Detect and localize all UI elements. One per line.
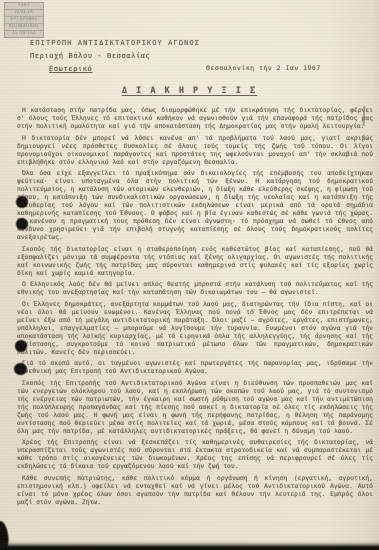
region-line: Περιοχή Βόλου - Θεσσαλίας xyxy=(30,52,150,60)
paragraph: Γιά τό σκοπό αυτό, οι ταγμένοι αγωνιστές… xyxy=(17,360,373,376)
marker-dot-icon xyxy=(16,196,28,208)
marker-dot-icon xyxy=(16,218,28,230)
paragraph: Ο Ελληνικός λαός δέν θά μείνει απλός θεα… xyxy=(17,281,373,297)
archive-stamp-line: ΣΥΓΧΡΟΝΗΣ xyxy=(5,17,43,24)
organization-name: ΕΠΙΤΡΟΠΗ ΑΝΤΙΔΙΚΤΑΤΟΡΙΚΟΥ ΑΓΩΝΟΣ xyxy=(30,39,200,47)
scan-bottom-edge xyxy=(0,541,379,550)
paragraph: Όλα όσα είχε εξαγγείλει τό πραξικόπημα σ… xyxy=(17,170,373,242)
paragraph: Οι Έλληνες δημοκράτες, ανεξάρτητα κομμάτ… xyxy=(17,301,373,357)
archive-stamp-line: ΙΣΤΟΡΙΑΣ xyxy=(5,31,43,37)
marker-dot-icon xyxy=(15,340,27,352)
paragraph: Η κατάσταση στήν πατρίδα μας, όπως διαμο… xyxy=(17,107,373,131)
archive-stamp-line: ΚΟΙΝΩΝΙΚΗΣ xyxy=(5,24,43,31)
date-line: Θεσσαλονίκη τήν 2 Ιαν 1967 xyxy=(206,64,321,72)
paragraph: Χρέος τής Επιτροπής είναι νά ξεσκεπάζει … xyxy=(17,439,373,471)
archive-stamp: ΑΣΚΙ ΑΡΧΕΙΑ ΣΥΓΧΡΟΝΗΣ ΚΟΙΝΩΝΙΚΗΣ ΙΣΤΟΡΙΑ… xyxy=(4,2,44,38)
archive-stamp-line: ΑΡΧΕΙΑ xyxy=(5,10,43,17)
paragraph: Σκοπός τής δικτατορίας είναι η σταθεροπο… xyxy=(17,246,373,278)
scanned-document-page: ΑΣΚΙ ΑΡΧΕΙΑ ΣΥΓΧΡΟΝΗΣ ΚΟΙΝΩΝΙΚΗΣ ΙΣΤΟΡΙΑ… xyxy=(0,0,379,550)
paragraph: Κάθε συνεπής πατριώτης, κάθε πολιτικό κό… xyxy=(17,475,373,507)
marker-dot-icon xyxy=(14,363,27,375)
channel-line: Εσωτερικό xyxy=(49,65,92,73)
document-title: Δ Ι Α Κ Η Ρ Υ Ξ Ι Σ xyxy=(0,86,379,96)
paragraph: Η δικτατορία δέν μπορεί νά λύσει κανένα … xyxy=(17,135,373,167)
paragraph: Σκοπός τής Επιτροπής τού Αντιδικτατορικο… xyxy=(17,380,373,436)
archive-stamp-line: ΑΣΚΙ xyxy=(5,3,43,10)
document-body: Η κατάσταση στήν πατρίδα μας, όπως διαμο… xyxy=(17,107,373,510)
